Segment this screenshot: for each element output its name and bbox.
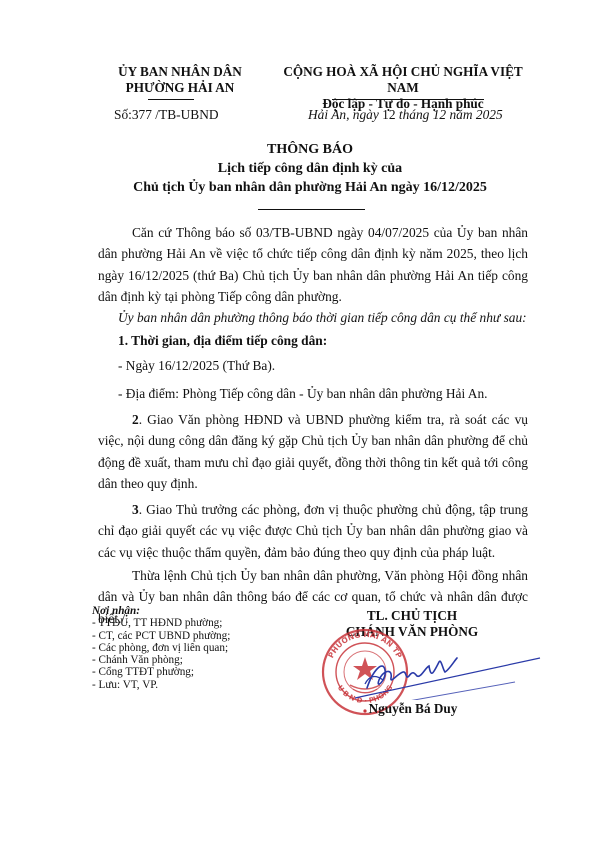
recipient-item: - Cổng TTĐT phường; [92,666,230,678]
recipient-item: - TTĐU, TT HĐND phường; [92,617,230,629]
signer-name: Nguyễn Bá Duy [348,701,478,717]
section2-number: 2 [132,412,139,427]
section3-number: 3 [132,502,139,517]
section3-paragraph: 3. Giao Thủ trưởng các phòng, đơn vị thu… [98,499,528,563]
national-motto: CỘNG HOÀ XÃ HỘI CHỦ NGHĨA VIỆT NAM Độc l… [268,64,538,112]
recipient-item: - CT, các PCT UBND phường; [92,630,230,642]
section2-paragraph: 2. Giao Văn phòng HĐND và UBND phường ki… [98,409,528,494]
recipients-heading: Nơi nhận: [92,605,230,617]
agency-line1: ỦY BAN NHÂN DÂN [92,64,268,80]
date-day: 12 [382,107,395,122]
section2-text: . Giao Văn phòng HĐND và UBND phường kiể… [98,412,528,491]
recipient-item: - Lưu: VT, VP. [92,679,230,691]
document-title: THÔNG BÁO Lịch tiếp công dân định kỳ của… [100,140,520,197]
title-subject-2: Chủ tịch Ủy ban nhân dân phường Hải An n… [100,178,520,197]
recipient-item: - Các phòng, đơn vị liên quan; [92,642,230,654]
document-date: Hải An, ngày 12 tháng 12 năm 2025 [308,107,503,123]
issuing-agency: ỦY BAN NHÂN DÂN PHƯỜNG HẢI AN [92,64,268,96]
country-name: CỘNG HOÀ XÃ HỘI CHỦ NGHĨA VIỆT NAM [268,64,538,96]
title-type: THÔNG BÁO [100,140,520,159]
title-underline [258,209,365,210]
title-subject: Lịch tiếp công dân định kỳ của [100,159,520,178]
announce-line: Ủy ban nhân dân phường thông báo thời gi… [118,307,527,328]
motto-underline [332,99,484,100]
date-suffix: tháng 12 năm 2025 [396,107,503,122]
handwritten-signature-icon [345,640,545,700]
section3-text: . Giao Thủ trưởng các phòng, đơn vị thuộ… [98,502,528,560]
agency-underline [148,99,194,100]
signature-line1: TL. CHỦ TỊCH [300,608,524,624]
section1-date: - Ngày 16/12/2025 (Thứ Ba). [118,355,275,376]
section1-title: 1. Thời gian, địa điểm tiếp công dân: [118,330,327,351]
agency-line2: PHƯỜNG HẢI AN [92,80,268,96]
date-prefix: Hải An, ngày [308,107,382,122]
document-number: Số:377 /TB-UBND [114,107,219,123]
recipients-list: Nơi nhận: - TTĐU, TT HĐND phường; - CT, … [92,605,230,691]
intro-paragraph: Căn cứ Thông báo số 03/TB-UBND ngày 04/0… [98,222,528,307]
recipient-item: - Chánh Văn phòng; [92,654,230,666]
section1-place: - Địa điểm: Phòng Tiếp công dân - Ủy ban… [118,383,488,404]
